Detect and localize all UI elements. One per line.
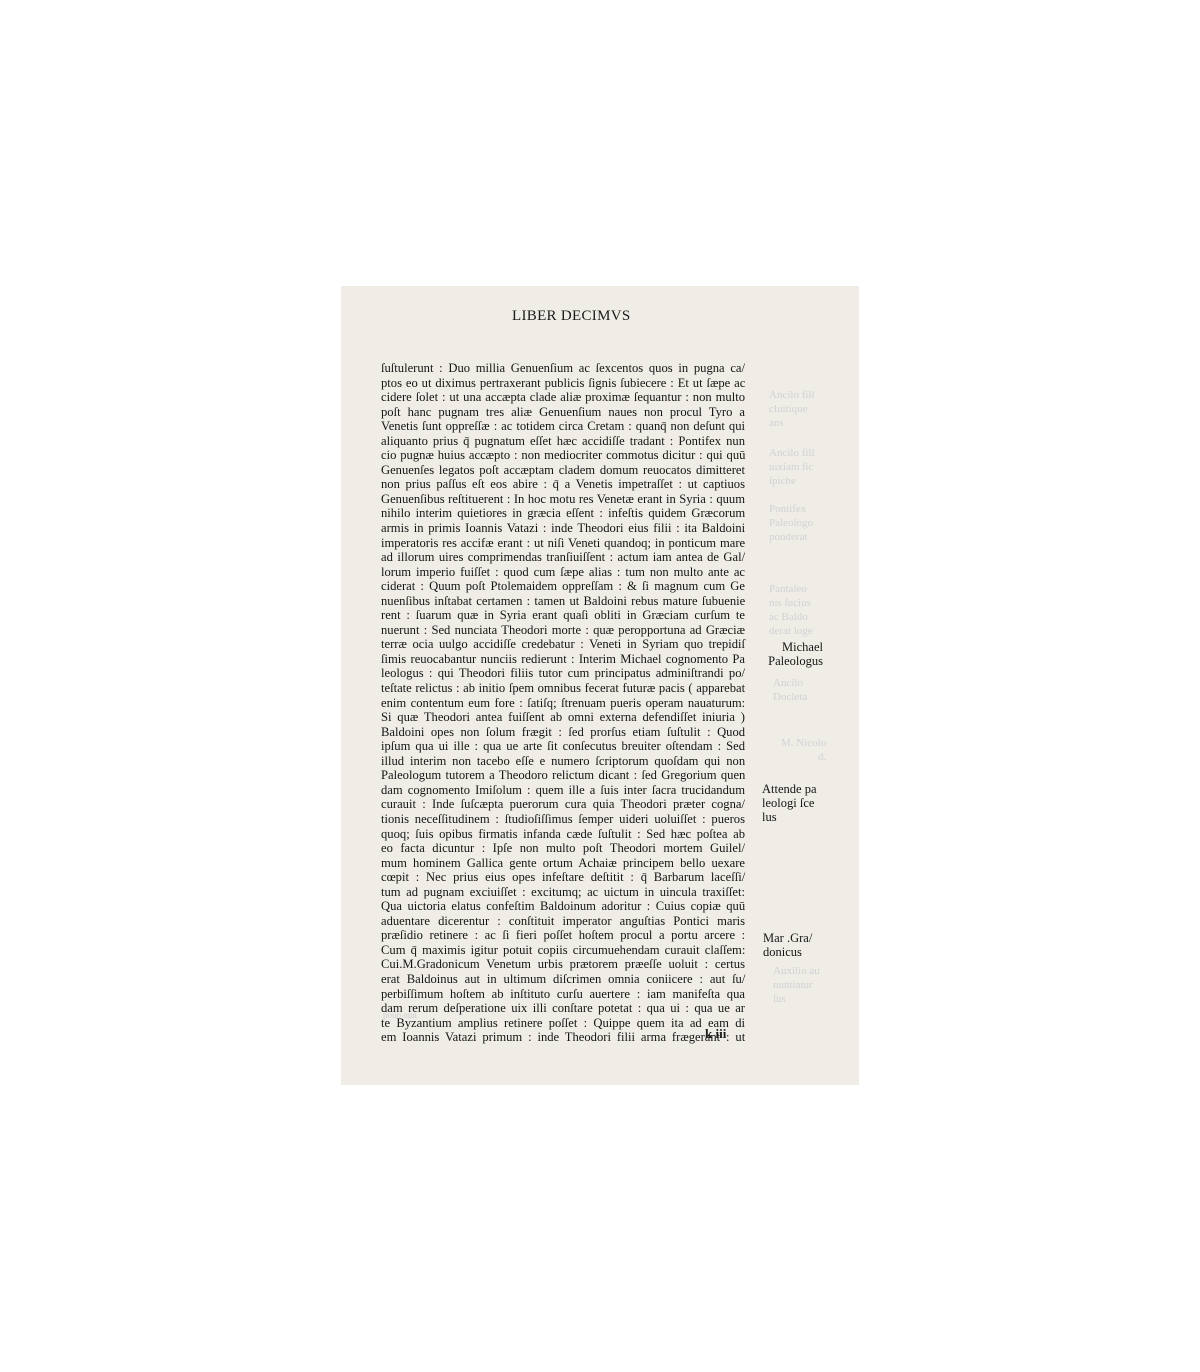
body-line: ſimis reuocabantur nunciis redierunt : I… <box>381 652 745 667</box>
show-through-line: ponderat <box>769 530 813 544</box>
body-line: curauit : Inde ſuſcæpta puerorum cura qu… <box>381 797 745 812</box>
body-line: perbiſſimum hoſtem ab inſtituto curſu au… <box>381 987 745 1002</box>
show-through-note: Pantaleonis ſuciusac Baldoderat loge <box>769 582 813 638</box>
show-through-note: PontifexPaleologoponderat <box>769 502 813 544</box>
margin-note-line: Attende pa <box>762 782 817 796</box>
show-through-line: Ancilo fill <box>769 446 815 460</box>
margin-note-line: Michael <box>761 640 823 654</box>
body-line: tum ad pugnam exciuiſſet : excitumq; ac … <box>381 885 745 900</box>
show-through-note: M. Nicolod. <box>781 736 826 764</box>
show-through-line: uixiam ſic <box>769 460 815 474</box>
body-line: terræ ocia uulgo accidiſſe credebatur : … <box>381 637 745 652</box>
body-line: ad illorum uires comprimendas tranſiuiſſ… <box>381 550 745 565</box>
body-line: Venetis ſunt oppreſſæ : ac totidem circa… <box>381 419 745 434</box>
margin-note-line: lus <box>762 810 817 824</box>
show-through-line: Paleologo <box>769 516 813 530</box>
signature-mark: k iii <box>705 1026 726 1042</box>
show-through-line: cluitique <box>769 402 815 416</box>
body-line: rent : ſuarum quæ in Syria erant quaſi o… <box>381 608 745 623</box>
show-through-line: Docleta <box>773 690 807 704</box>
margin-note-line: Mar .Gra/ <box>763 931 812 945</box>
margin-note-mar-gradonicus: Mar .Gra/ donicus <box>763 931 812 959</box>
body-text: ſuſtulerunt : Duo millia Genuenſium ac ſ… <box>381 361 745 1045</box>
body-line: nihilo interim quietiores in græcia eſſe… <box>381 506 745 521</box>
show-through-footer: pouo oun <box>383 1010 417 1020</box>
running-head: LIBER DECIMVS <box>512 308 631 325</box>
body-line: Qua uictoria elatus confeſtim Baldoinum … <box>381 899 745 914</box>
body-line: ptos eo ut diximus pertraxerant publicis… <box>381 376 745 391</box>
body-line: ipſum qua ui ille : qua ue arte ſit conſ… <box>381 739 745 754</box>
show-through-line: M. Nicolo <box>781 736 826 750</box>
body-line: ciderat : Quum poſt Ptolemaidem oppreſſa… <box>381 579 745 594</box>
body-line: cio pugnæ huius accæpto : non mediocrite… <box>381 448 745 463</box>
show-through-line: nuntiatur <box>773 978 820 992</box>
margin-note-attende-paleologi: Attende pa leologi ſce lus <box>762 782 817 824</box>
body-line: tionis neceſſitudinem : ſtudioſiſſimus ſ… <box>381 812 745 827</box>
body-line: nuenſibus inſtabat certamen : tamen ut B… <box>381 594 745 609</box>
body-line: aliquanto prius q̄ pugnatum eſſet hæc ac… <box>381 434 745 449</box>
body-line: eo facta dicuntur : Ipſe non multo poſt … <box>381 841 745 856</box>
body-line: Cum q̄ maximis igitur potuit copiis circ… <box>381 943 745 958</box>
show-through-line: ans <box>769 416 815 430</box>
show-through-line: ac Baldo <box>769 610 813 624</box>
body-line: armis in primis Ioannis Vatazi : inde Th… <box>381 521 745 536</box>
body-line: dam rerum deſperatione uix illi conſtare… <box>381 1001 745 1016</box>
show-through-note: Auxilio aununtiaturſus <box>773 964 820 1006</box>
body-line: Baldoini opes non ſolum frægit : ſed pro… <box>381 725 745 740</box>
show-through-line: Pontifex <box>769 502 813 516</box>
margin-note-line: Paleologus <box>761 654 823 668</box>
body-line: Genuenſibus reſtituerent : In hoc motu r… <box>381 492 745 507</box>
body-line: dam cognomento Imiſolum : quem ille a ſu… <box>381 783 745 798</box>
body-line: te Byzantium amplius retinere poſſet : Q… <box>381 1016 745 1031</box>
show-through-line: d. <box>781 750 826 764</box>
show-through-note: Ancilo filluixiam ſicſpiche <box>769 446 815 488</box>
body-line: nuerunt : Sed nunciata Theodori morte : … <box>381 623 745 638</box>
show-through-note: Ancilo fillcluitiqueans <box>769 388 815 430</box>
body-line: præſidio retinere : ac ſi fieri poſſet h… <box>381 928 745 943</box>
body-line: quoq; ſuis opibus firmatis infanda cæde … <box>381 827 745 842</box>
body-line: teſtate relictus : ab initio ſpem omnibu… <box>381 681 745 696</box>
show-through-note: AnciloDocleta <box>773 676 807 704</box>
show-through-line: Ancilo fill <box>769 388 815 402</box>
margin-note-line: donicus <box>763 945 812 959</box>
body-line: cœpit : Nec prius eius opes infeſtare de… <box>381 870 745 885</box>
body-line: imperatoris res accifæ erant : ut niſi V… <box>381 536 745 551</box>
body-line: cidere ſolet : ut una accæpta clade aliæ… <box>381 390 745 405</box>
body-line: ſuſtulerunt : Duo millia Genuenſium ac ſ… <box>381 361 745 376</box>
body-line: Si quæ Theodori antea fuiſſent ab omni e… <box>381 710 745 725</box>
book-page: LIBER DECIMVS ſuſtulerunt : Duo millia G… <box>341 286 859 1085</box>
body-line: enim contentum eum fore : ſatiſq; ſtrenu… <box>381 696 745 711</box>
body-line: mum hominem Gallica gente ortum Achaiæ p… <box>381 856 745 871</box>
margin-note-line: leologi ſce <box>762 796 817 810</box>
body-line: leologus : qui Theodori filiis tutor cum… <box>381 666 745 681</box>
show-through-line: Auxilio au <box>773 964 820 978</box>
body-line: Genuenſes legatos poſt accæptam cladem d… <box>381 463 745 478</box>
show-through-line: ſus <box>773 992 820 1006</box>
body-line: illud interim non tacebo eſſe e numero ſ… <box>381 754 745 769</box>
body-line: Paleologum tutorem a Theodoro relictum d… <box>381 768 745 783</box>
body-line: non prius paſſus eſt eos abire : q̄ a Ve… <box>381 477 745 492</box>
show-through-line: Pantaleo <box>769 582 813 596</box>
body-line: Cui.M.Gradonicum Venetum urbis prætorem … <box>381 957 745 972</box>
show-through-line: nis ſucius <box>769 596 813 610</box>
body-line: em Ioannis Vatazi primum : inde Theodori… <box>381 1030 745 1045</box>
show-through-line: ſpiche <box>769 474 815 488</box>
show-through-line: Ancilo <box>773 676 807 690</box>
body-line: erat Baldoinus aut in ultimum diſcrimen … <box>381 972 745 987</box>
body-line: lorum imperio fuiſſet : quod cum ſæpe al… <box>381 565 745 580</box>
margin-note-michael-paleologus: Michael Paleologus <box>761 640 823 668</box>
body-line: poſt hanc pugnam tres aliæ Genuenſium na… <box>381 405 745 420</box>
show-through-line: derat loge <box>769 624 813 638</box>
body-line: aduentare dicerentur : conſtituit impera… <box>381 914 745 929</box>
